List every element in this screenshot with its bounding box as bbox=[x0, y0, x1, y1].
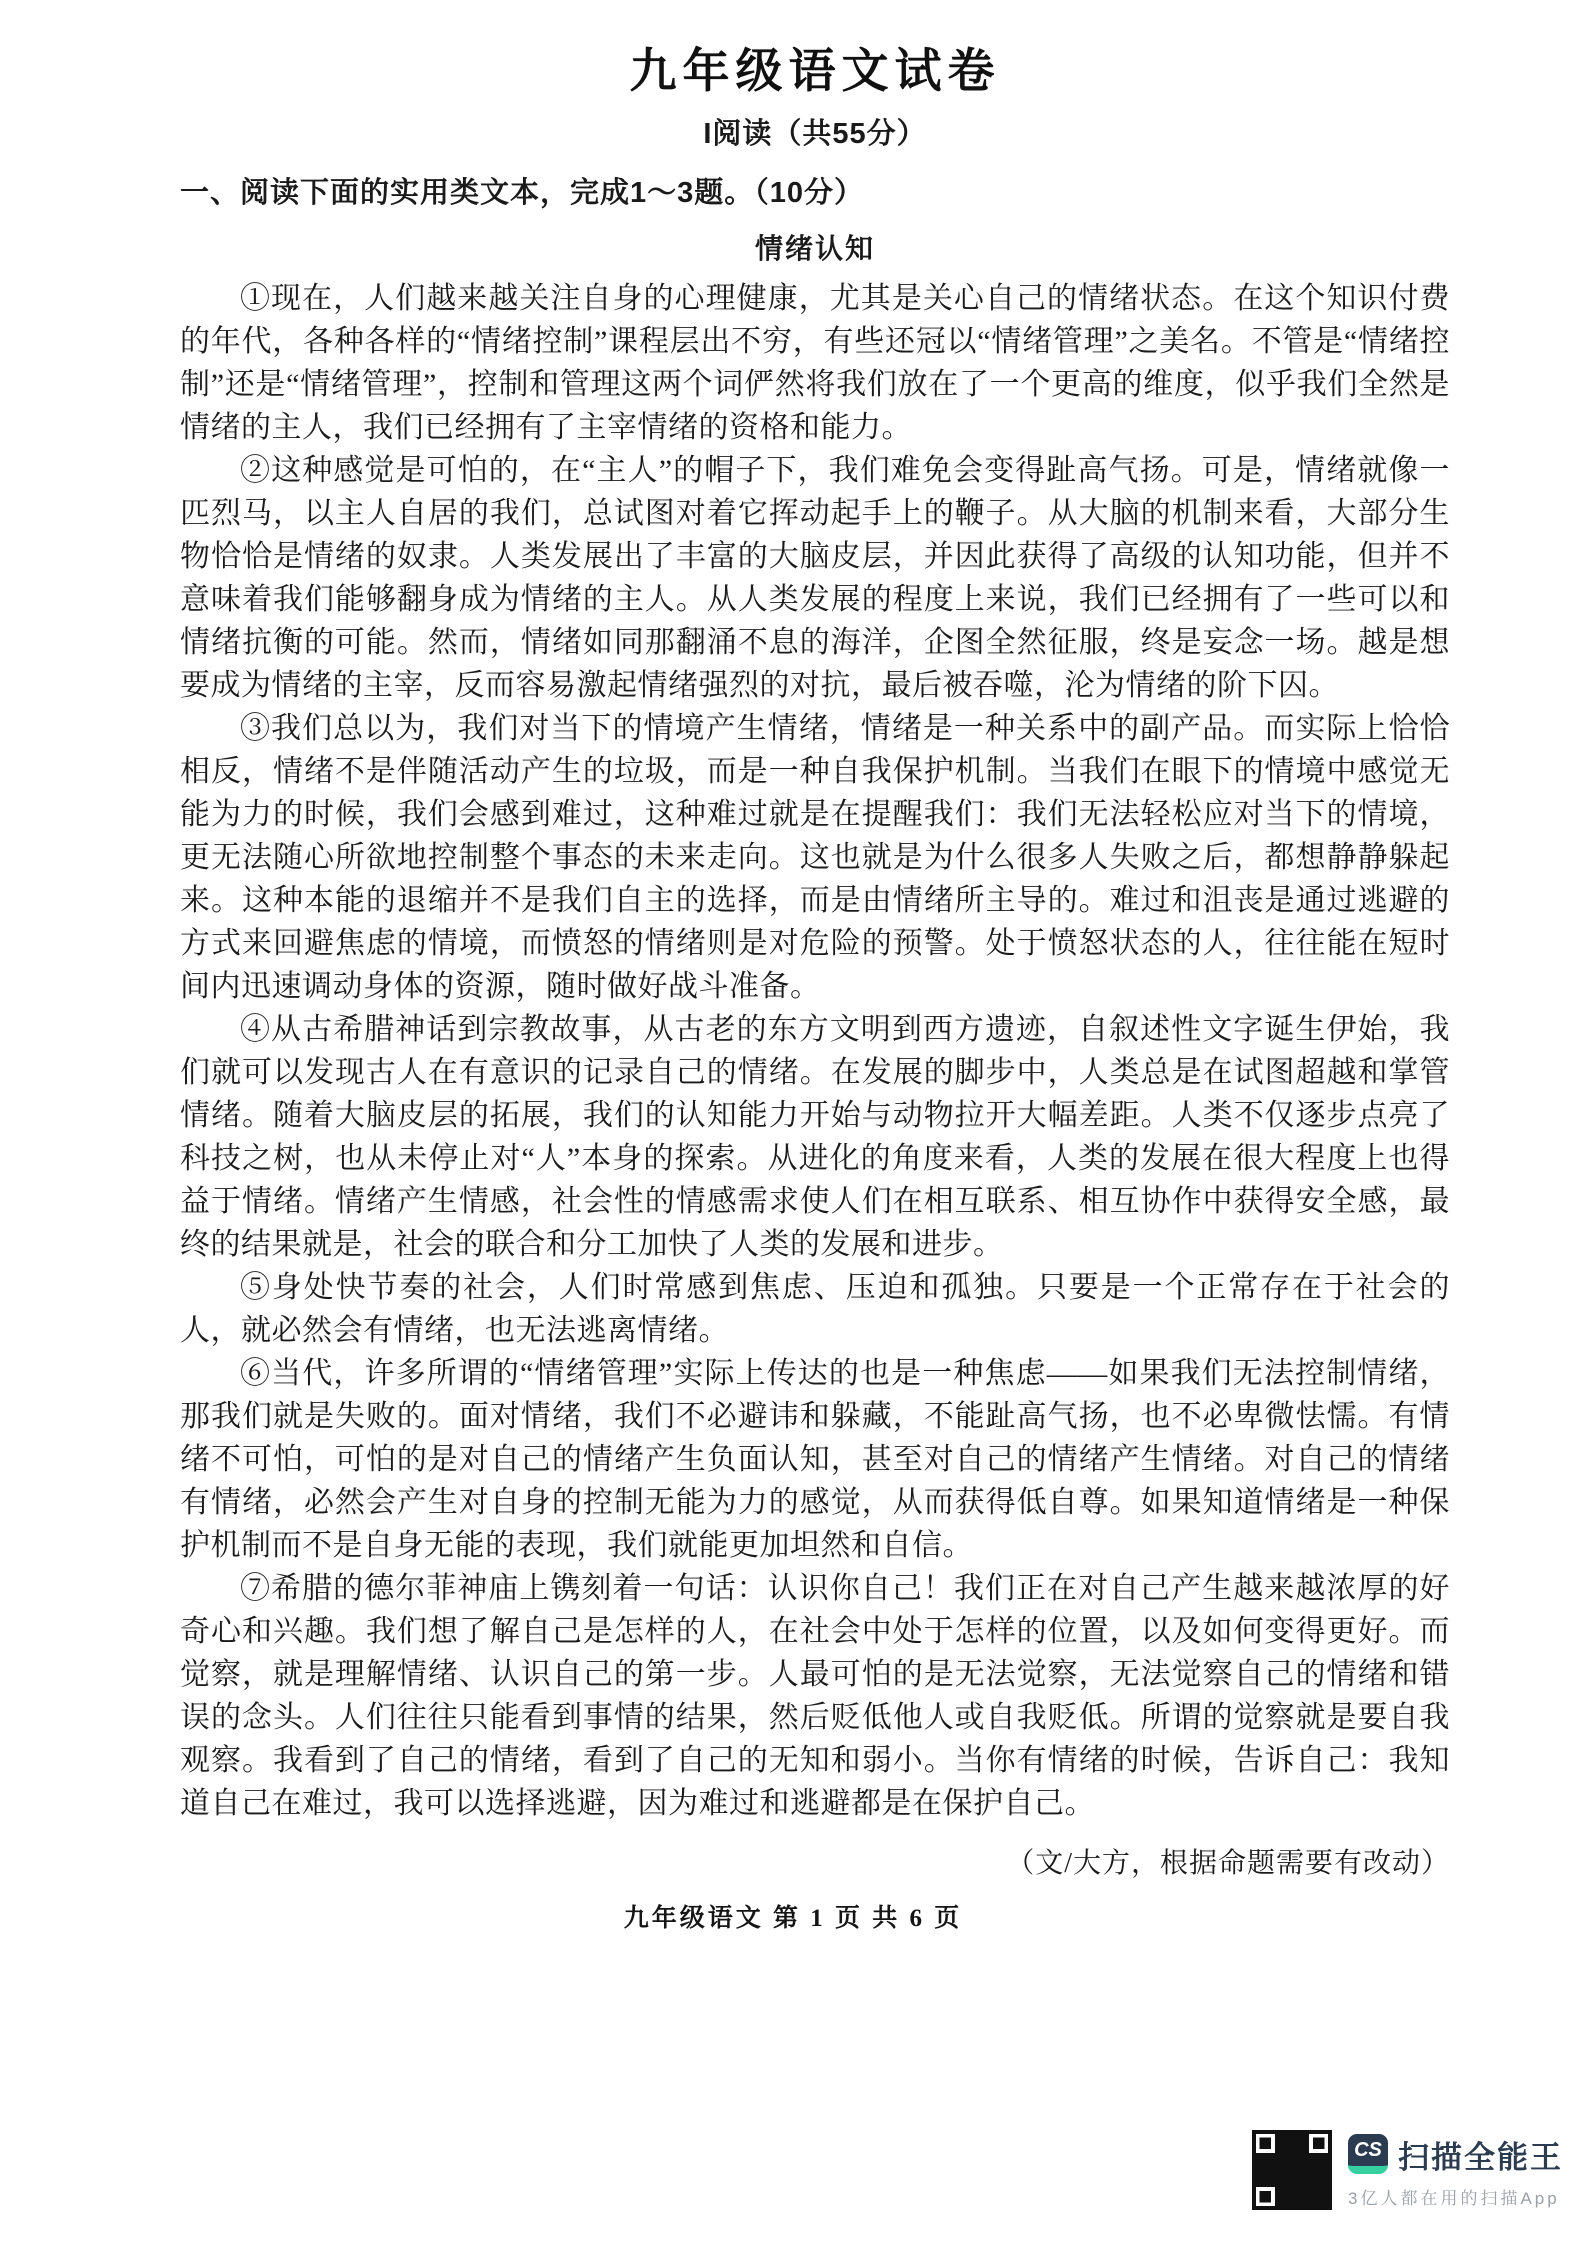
page-number-footer: 九年级语文 第 1 页 共 6 页 bbox=[0, 1898, 1586, 1934]
camscanner-tagline: 3亿人都在用的扫描App bbox=[1348, 2184, 1563, 2209]
article-paragraph-5: ⑤身处快节奏的社会，人们时常感到焦虑、压迫和孤独。只要是一个正常存在于社会的人，… bbox=[180, 1266, 1450, 1352]
section-header: I阅读（共55分） bbox=[180, 111, 1450, 152]
article-attribution: （文/大方，根据命题需要有改动） bbox=[180, 1841, 1450, 1881]
article-title: 情绪认知 bbox=[180, 227, 1450, 267]
camscanner-logo-row: CS 扫描全能王 bbox=[1348, 2132, 1563, 2177]
camscanner-text-block: CS 扫描全能王 3亿人都在用的扫描App bbox=[1348, 2132, 1563, 2209]
reading-article: 情绪认知 ①现在，人们越来越关注自身的心理健康，尤其是关心自己的情绪状态。在这个… bbox=[180, 227, 1450, 1881]
article-paragraph-6: ⑥当代，许多所谓的“情绪管理”实际上传达的也是一种焦虑——如果我们无法控制情绪，… bbox=[180, 1352, 1450, 1567]
exam-paper-page: 九年级语文试卷 I阅读（共55分） 一、阅读下面的实用类文本，完成1～3题。（1… bbox=[0, 0, 1586, 2244]
article-paragraph-2: ②这种感觉是可怕的，在“主人”的帽子下，我们难免会变得趾高气扬。可是，情绪就像一… bbox=[180, 449, 1450, 707]
article-paragraph-3: ③我们总以为，我们对当下的情境产生情绪，情绪是一种关系中的副产品。而实际上恰恰相… bbox=[180, 707, 1450, 1008]
article-paragraph-1: ①现在，人们越来越关注自身的心理健康，尤其是关心自己的情绪状态。在这个知识付费的… bbox=[180, 277, 1450, 449]
article-paragraph-4: ④从古希腊神话到宗教故事，从古老的东方文明到西方遗迹，自叙述性文字诞生伊始，我们… bbox=[180, 1008, 1450, 1266]
article-paragraph-7: ⑦希腊的德尔菲神庙上镌刻着一句话：认识你自己！我们正在对自己产生越来越浓厚的好奇… bbox=[180, 1567, 1450, 1825]
section-instruction: 一、阅读下面的实用类文本，完成1～3题。（10分） bbox=[180, 170, 1450, 211]
exam-content-column: 九年级语文试卷 I阅读（共55分） 一、阅读下面的实用类文本，完成1～3题。（1… bbox=[180, 0, 1450, 1881]
camscanner-app-name: 扫描全能王 bbox=[1398, 2132, 1563, 2177]
camscanner-watermark: CS 扫描全能王 3亿人都在用的扫描App bbox=[1252, 2130, 1563, 2210]
page-title: 九年级语文试卷 bbox=[180, 42, 1450, 101]
camscanner-logo-icon: CS bbox=[1348, 2134, 1388, 2174]
qr-code-icon bbox=[1252, 2130, 1332, 2210]
